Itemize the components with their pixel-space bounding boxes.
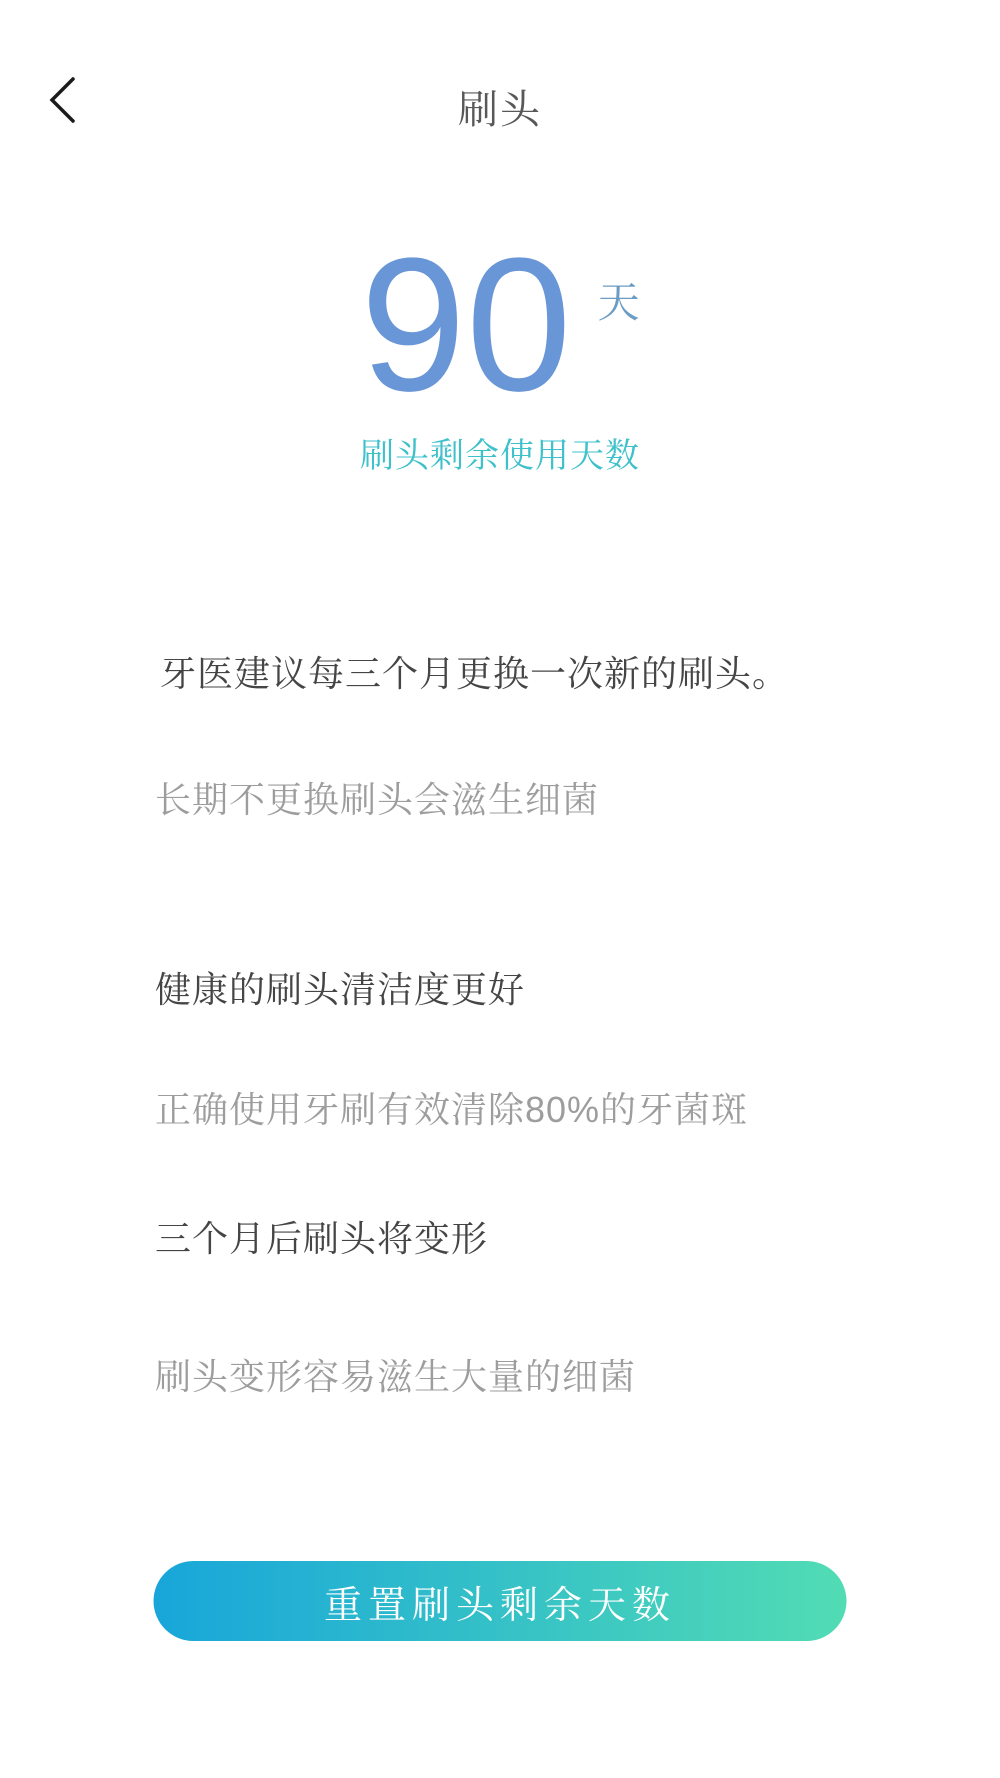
tip-dentist-advice: 牙医建议每三个月更换一次新的刷头。 (160, 652, 940, 696)
days-unit-label: 天 (598, 282, 640, 324)
page-title: 刷头 (0, 78, 1000, 135)
header: 刷头 (0, 60, 1000, 140)
days-counter-caption: 刷头剩余使用天数 (0, 428, 1000, 477)
tip-deformation-bacteria: 刷头变形容易滋生大量的细菌 (155, 1355, 940, 1399)
days-remaining-value: 90 (360, 230, 571, 420)
reset-days-button[interactable]: 重置刷头剩余天数 (154, 1561, 847, 1641)
tip-plaque-removal: 正确使用牙刷有效清除80%的牙菌斑 (155, 1088, 940, 1132)
brush-head-screen: 刷头 90 天 刷头剩余使用天数 牙医建议每三个月更换一次新的刷头。 长期不更换… (0, 0, 1000, 1778)
tip-deformation-title: 三个月后刷头将变形 (155, 1217, 940, 1261)
tip-healthy-brush-title: 健康的刷头清洁度更好 (155, 968, 940, 1012)
days-counter: 90 天 (0, 230, 1000, 420)
tip-bacteria-warning: 长期不更换刷头会滋生细菌 (155, 778, 940, 822)
